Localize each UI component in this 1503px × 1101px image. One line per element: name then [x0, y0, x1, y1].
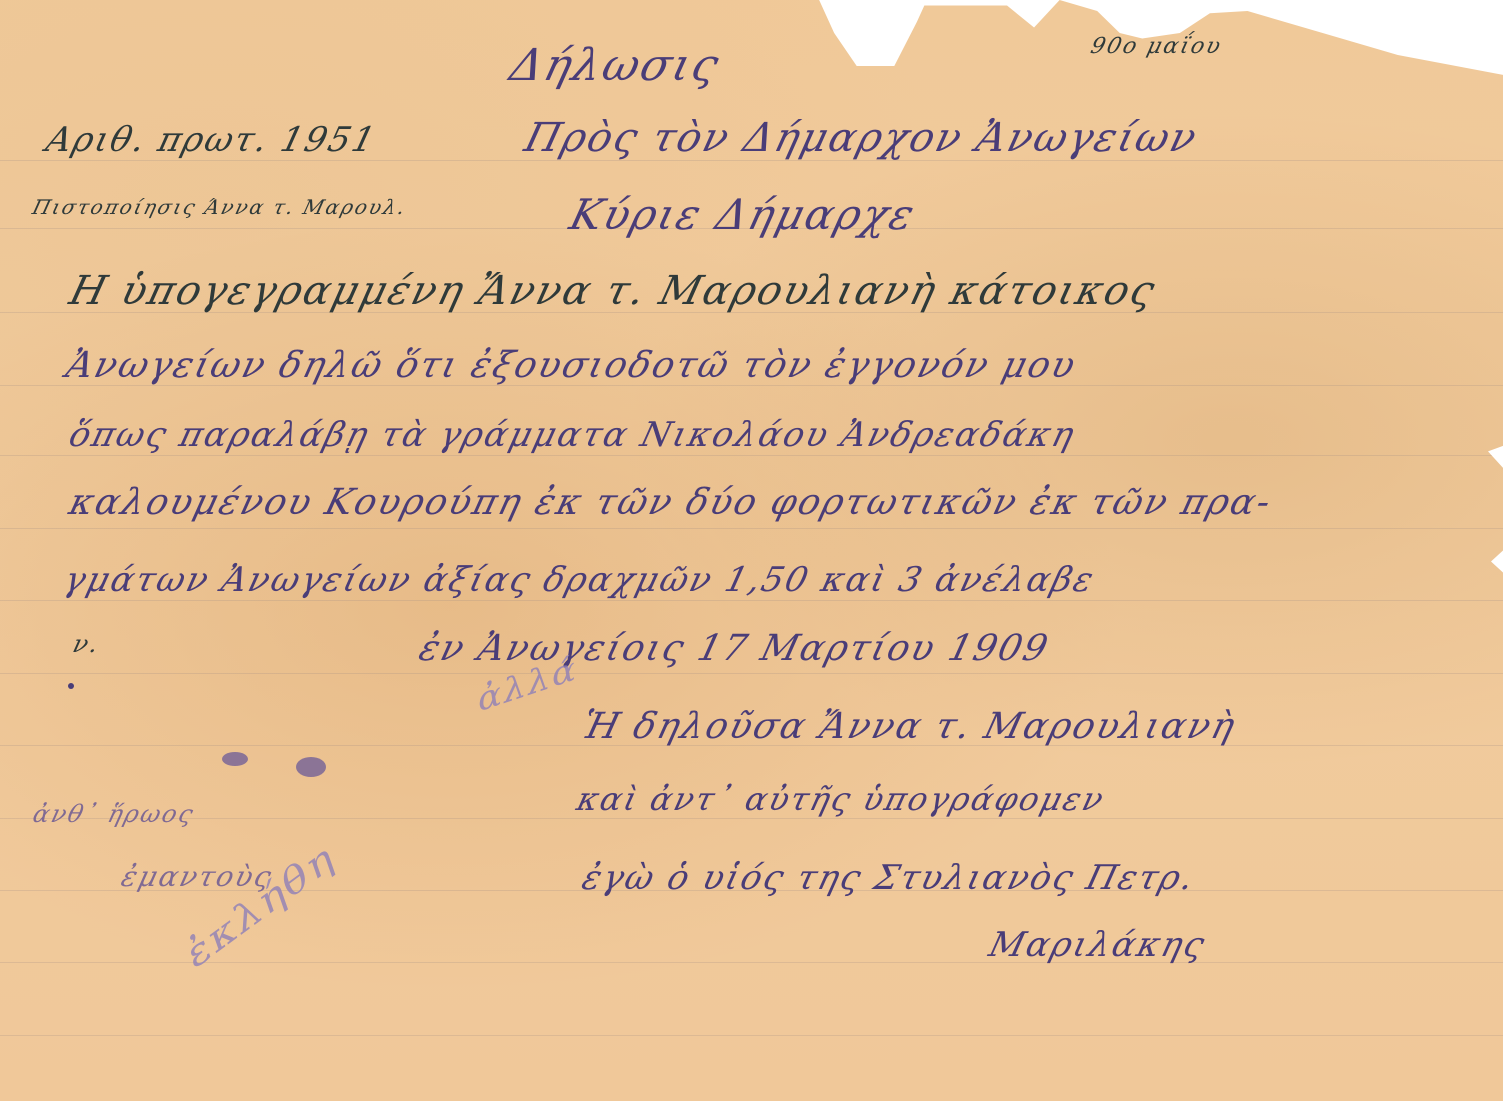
- ruled-line: [0, 600, 1503, 601]
- body-line-2: Ἀνωγείων δηλῶ ὅτι ἐξουσιοδοτῶ τὸν ἐγγονό…: [62, 345, 1081, 386]
- ruled-line: [0, 818, 1503, 819]
- body-line-3: ὅπως παραλάβῃ τὰ γράμματα Νικολάου Ἀνδρε…: [65, 415, 1080, 455]
- signature-line-1: Ἡ δηλοῦσα Ἄννα τ. Μαρουλιανὴ: [578, 706, 1241, 747]
- body-line-1: Η ὑπογεγραμμένη Ἄννα τ. Μαρουλιανὴ κάτοι…: [65, 268, 1161, 314]
- subject-note: Πιστοποίησις Άννα τ. Μαρουλ.: [30, 195, 409, 219]
- ruled-line: [0, 962, 1503, 963]
- signature-name: Μαριλάκης: [985, 925, 1210, 965]
- paper-sheet: Δήλωσις 90ο μαΐου Αριθ. πρωτ. 1951 Πρὸς …: [0, 0, 1503, 1101]
- corner-note: 90ο μαΐου: [1088, 34, 1225, 59]
- marginal-note-pencil: ἐκλήθη: [178, 837, 343, 976]
- ruled-line: [0, 528, 1503, 529]
- ink-blot: [222, 752, 248, 766]
- ruled-line: [0, 673, 1503, 674]
- addressee: Πρὸς τὸν Δήμαρχον Ἀνωγείων: [520, 115, 1203, 161]
- reference-number: Αριθ. πρωτ. 1951: [42, 120, 381, 160]
- ink-blot: [296, 757, 326, 777]
- body-line-5: γμάτων Ἀνωγείων ἀξίας δραχμῶν 1,50 καὶ 3…: [60, 560, 1099, 600]
- ruled-line: [0, 1035, 1503, 1036]
- signature-line-3: ἐγὼ ὁ υἱός της Στυλιανὸς Πετρ.: [578, 858, 1200, 898]
- signature-line-2: καὶ ἀντ᾽ αὐτῆς ὑπογράφομεν: [573, 780, 1109, 818]
- salutation: Κύριε Δήμαρχε: [565, 190, 921, 239]
- ink-dot: [68, 683, 74, 689]
- body-line-6: ν.: [70, 630, 103, 658]
- body-line-4: καλουμένου Κουρούπη ἐκ τῶν δύο φορτωτικῶ…: [65, 482, 1277, 523]
- ruled-line: [0, 455, 1503, 456]
- document-title: Δήλωσις: [505, 40, 726, 91]
- place-date: ἐν Ἀνωγείοις 17 Μαρτίου 1909: [415, 628, 1054, 669]
- marginal-note-smudged: ἀνθ᾽ ἥρωος: [30, 800, 198, 828]
